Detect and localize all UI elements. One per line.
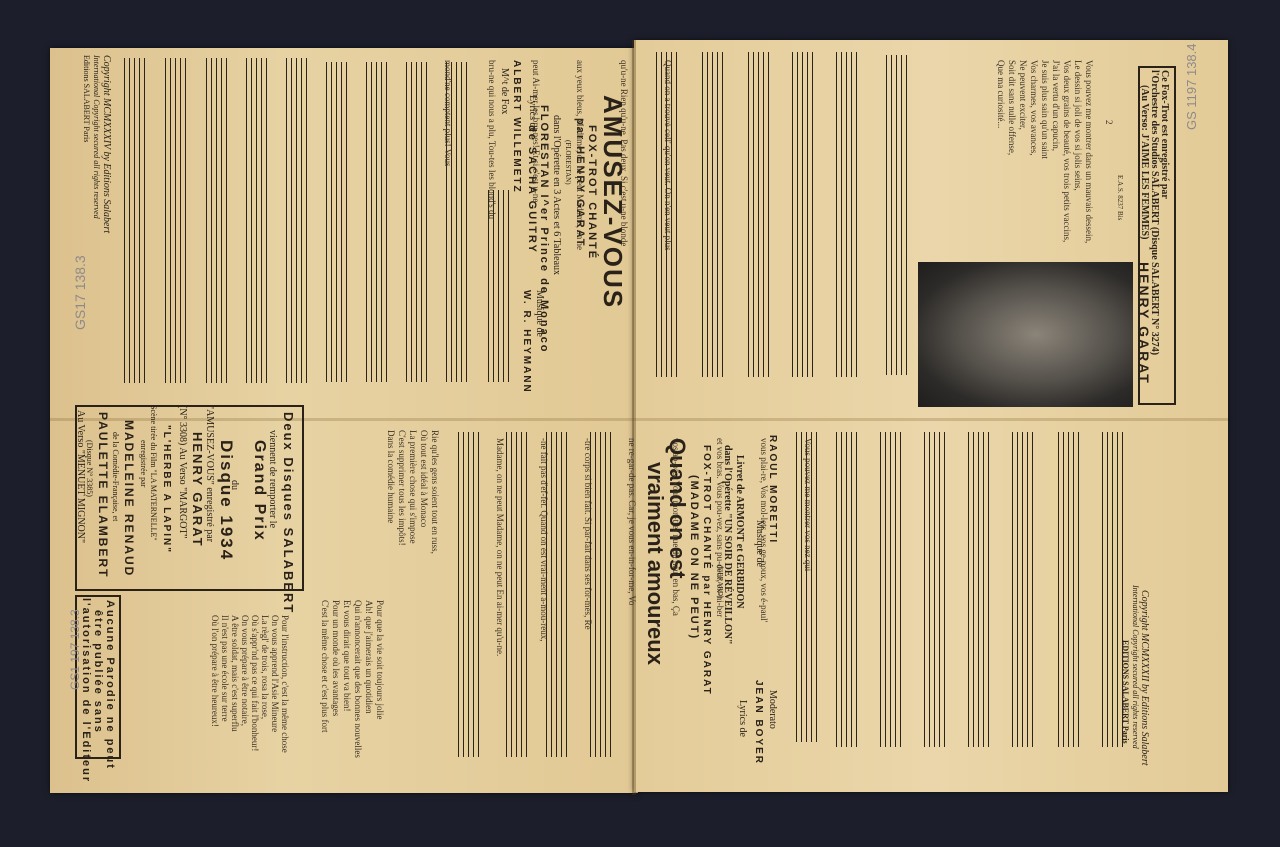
music-label: Musique de bbox=[534, 290, 545, 337]
publisher-line: Editions SALABERT Paris bbox=[82, 55, 91, 142]
music-staff bbox=[968, 432, 990, 747]
ad-line-2: viennent de remporter le bbox=[267, 430, 278, 528]
ad-item2-artist1: MADELEINE RENAUD bbox=[122, 420, 136, 577]
music-staff bbox=[165, 58, 187, 383]
music-staff bbox=[1012, 432, 1034, 747]
ad-item2-disc: (Disque N° 3385) bbox=[85, 440, 94, 497]
archive-pencil-mark-3: GS 1197 138.4 bbox=[1184, 44, 1199, 131]
archive-pencil-mark: GS17 138.3 bbox=[72, 255, 88, 330]
music-staff bbox=[246, 58, 268, 383]
ad-line-5: Disque 1934 bbox=[216, 440, 236, 561]
song2-copyright: Copyright MCMXXXII by Editions Salabert bbox=[1139, 590, 1150, 766]
record-line-1: Ce Fox-Trot est enregistré par bbox=[1159, 70, 1170, 199]
composer-name: W. R. HEYMANN bbox=[521, 290, 532, 394]
ad-item2-artist1-detail: de la Comédie-Française, et bbox=[111, 432, 120, 521]
music-staff bbox=[124, 58, 146, 383]
music-staff bbox=[458, 432, 480, 757]
ad-item2-verso: Au Verso "MENUET MIGNON" bbox=[75, 410, 86, 543]
music-staff bbox=[886, 55, 908, 375]
song2-lyricist: JEAN BOYER bbox=[753, 680, 764, 765]
notice-line-2: être publiée sans bbox=[92, 610, 104, 734]
music-staff bbox=[206, 58, 228, 383]
ad-item2-title: "L'HERBE A LAPIN" bbox=[161, 425, 172, 554]
music-staff bbox=[792, 52, 814, 377]
verse-2-right-text: Vous pouvez me montrer dans un mauvais d… bbox=[995, 60, 1094, 243]
copyright-line-2: International Copyright secured all righ… bbox=[92, 55, 101, 219]
record-line-3: (Au Verso: J'AIME LES FEMMES) bbox=[1139, 85, 1150, 239]
ad-item2-artist2: PAULETTE ELAMBERT bbox=[96, 412, 110, 578]
song2-publisher: EDITIONS SALABERT Paris bbox=[1121, 640, 1130, 744]
record-line-2: l'Orchestre des Studios SALABERT (Disque… bbox=[1149, 70, 1160, 355]
verse-2-number: 2 bbox=[1104, 120, 1114, 125]
ad-line-1: Deux Disques SALABERT bbox=[281, 412, 296, 614]
henry-garat-photo bbox=[918, 262, 1133, 407]
refrain-lyrics: Quand on a trouvé cell' qu'on veut. On n… bbox=[426, 60, 690, 251]
ad-item1-detail: (N° 3308) Au Verso "MARGOT" bbox=[177, 405, 188, 539]
ad-item1-artist: HENRY GARAT bbox=[190, 432, 205, 548]
music-staff bbox=[366, 62, 388, 382]
verse-4-text: Pour l'instruction, c'est la même choseO… bbox=[210, 615, 290, 753]
music-staff bbox=[286, 58, 308, 383]
music-staff bbox=[748, 52, 770, 377]
music-staff bbox=[836, 432, 858, 747]
music-staff bbox=[326, 62, 348, 382]
notice-line-1: Aucune Parodie ne peut bbox=[104, 600, 116, 770]
catalog-mark: E.A.S. 8237 Bis bbox=[1116, 175, 1124, 220]
ad-item2-by: enregistrée par bbox=[139, 440, 148, 487]
music-staff bbox=[836, 52, 858, 377]
copyright-line: Copyright MCMXXXIV by Editions Salabert bbox=[101, 55, 112, 233]
archive-pencil-mark-2: GS1 197 138.3 bbox=[68, 609, 82, 690]
ad-line-3: Grand Prix bbox=[250, 440, 268, 542]
music-staff bbox=[702, 52, 724, 377]
song2-lyrics: Vous pouvez me montrer vos nez quivous p… bbox=[478, 438, 830, 656]
music-staff bbox=[924, 432, 946, 747]
music-staff bbox=[406, 62, 428, 382]
ad-item1-title: "AMUSEZ-VOUS" enregistré par bbox=[204, 405, 215, 542]
verse-2-text: Rie qu'les gens soient tout en russ,Où t… bbox=[385, 430, 440, 554]
song2-copyright-2: International Copyright secured all righ… bbox=[1131, 585, 1140, 749]
ad-item2-detail: Scène tirée du Film "LA MATERNELLE" bbox=[149, 405, 158, 541]
song2-lyrics-label: Lyrics de bbox=[737, 700, 748, 737]
music-staff bbox=[1058, 432, 1080, 747]
verse-3-text: Pour que la vie soit toujours jolieAh! q… bbox=[319, 600, 385, 758]
song2-tempo: Moderato bbox=[767, 690, 778, 729]
music-staff bbox=[880, 432, 902, 747]
